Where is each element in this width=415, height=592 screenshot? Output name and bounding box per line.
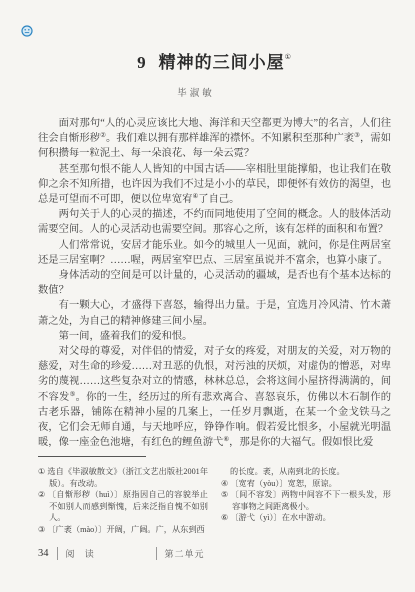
footnote-item-marker: ⑥ [221, 513, 228, 522]
smiley-badge-svg [21, 25, 33, 37]
footnote-marker: ③ [354, 132, 360, 139]
footnote-marker: ② [100, 132, 106, 139]
footnote-item-marker: ③ [38, 525, 45, 534]
paragraph: 有一颗大心，才盛得下喜怒，输得出力量。于是，宜选月冷风清、竹木萧萧之处，为自己的… [38, 298, 391, 328]
title-footnote-marker: ① [285, 54, 291, 61]
footer-unit-label: 第二单元 [165, 547, 205, 560]
lesson-title: 9精神的三间小屋① [38, 48, 390, 73]
footnote-item: ②〔自惭形秽（huì）〕原指因自己的容貌举止不如别人而感到惭愧，后来泛指自愧不如… [38, 489, 208, 524]
footer-divider-bar [57, 547, 58, 560]
footnote-item: ⑥〔游弋（yì）〕在水中游动。 [221, 512, 391, 524]
footnote-marker: ④ [192, 193, 198, 200]
footnotes-left-column: ①选自《毕淑敏散文》（浙江文艺出版社2001年版）。有改动。②〔自惭形秽（huì… [38, 466, 208, 536]
paragraph: 面对那句“人的心灵应该比大地、海洋和天空都更为博大”的名言，人们往往会自惭形秽②… [38, 116, 391, 162]
paragraph: 第一间，盛着我们的爱和恨。 [38, 329, 391, 344]
footnotes-section: ①选自《毕淑敏散文》（浙江文艺出版社2001年版）。有改动。②〔自惭形秽（huì… [38, 466, 392, 536]
paragraph: 两句关于人的心灵的描述，不约而同地使用了空间的概念。人的肢体活动需要空间。人的心… [38, 207, 391, 237]
footnote-item: 的长度。袤，从南到北的长度。 [221, 466, 391, 478]
footnote-item: ①选自《毕淑敏散文》（浙江文艺出版社2001年版）。有改动。 [38, 466, 208, 489]
footer-divider-bar [156, 547, 157, 560]
footnote-item-marker: ④ [221, 479, 228, 488]
lesson-title-text: 精神的三间小屋 [159, 53, 285, 72]
footnote-item-marker: ② [38, 490, 46, 499]
paragraph: 甚至那句恨不能人人皆知的中国古话——宰相肚里能撑船，也让我们在敬仰之余不知所措，… [38, 162, 391, 208]
paragraph: 人们常常说，安居才能乐业。如今的城里人一见面，就问，你是住两居室还是三居室啊？…… [38, 238, 391, 268]
paragraph: 对父母的尊爱，对伴侣的情爱，对子女的疼爱，对朋友的关爱，对万物的慈爱，对生命的珍… [38, 344, 391, 450]
paragraph: 身体活动的空间是可以计量的，心灵活动的疆域，是否也有个基本达标的数值？ [38, 268, 391, 298]
footnote-item: ⑤〔间不容发〕两物中间容不下一根头发，形容事物之间距离极小。 [221, 489, 391, 512]
author-name: 毕淑敏 [20, 85, 372, 99]
page-footer: 34 阅 读 第二单元 [38, 547, 390, 560]
footnote-divider [38, 456, 146, 457]
textbook-page: 9精神的三间小屋① 毕淑敏 面对那句“人的心灵应该比大地、海洋和天空都更为博大”… [0, 0, 415, 592]
footnote-item-marker: ① [38, 467, 45, 476]
lesson-number: 9 [137, 53, 147, 72]
page-number: 34 [38, 548, 49, 559]
footnotes-right-column: 的长度。袤，从南到北的长度。④〔宽宥（yòu）〕宽恕，原谅。⑤〔间不容发〕两物中… [221, 466, 391, 536]
footer-section-label: 阅 读 [66, 547, 148, 560]
article-body: 面对那句“人的心灵应该比大地、海洋和天空都更为博大”的名言，人们往往会自惭形秽②… [38, 116, 391, 450]
footnote-item-marker: ⑤ [221, 490, 229, 499]
footnote-item: ④〔宽宥（yòu）〕宽恕，原谅。 [221, 478, 391, 490]
footnote-item: ③〔广袤（mào）〕开阔，广阔。广，从东到西 [38, 524, 208, 536]
smiley-badge-icon[interactable] [21, 24, 33, 36]
footnote-marker: ⑥ [223, 436, 229, 443]
footnote-marker: ⑤ [70, 391, 76, 398]
